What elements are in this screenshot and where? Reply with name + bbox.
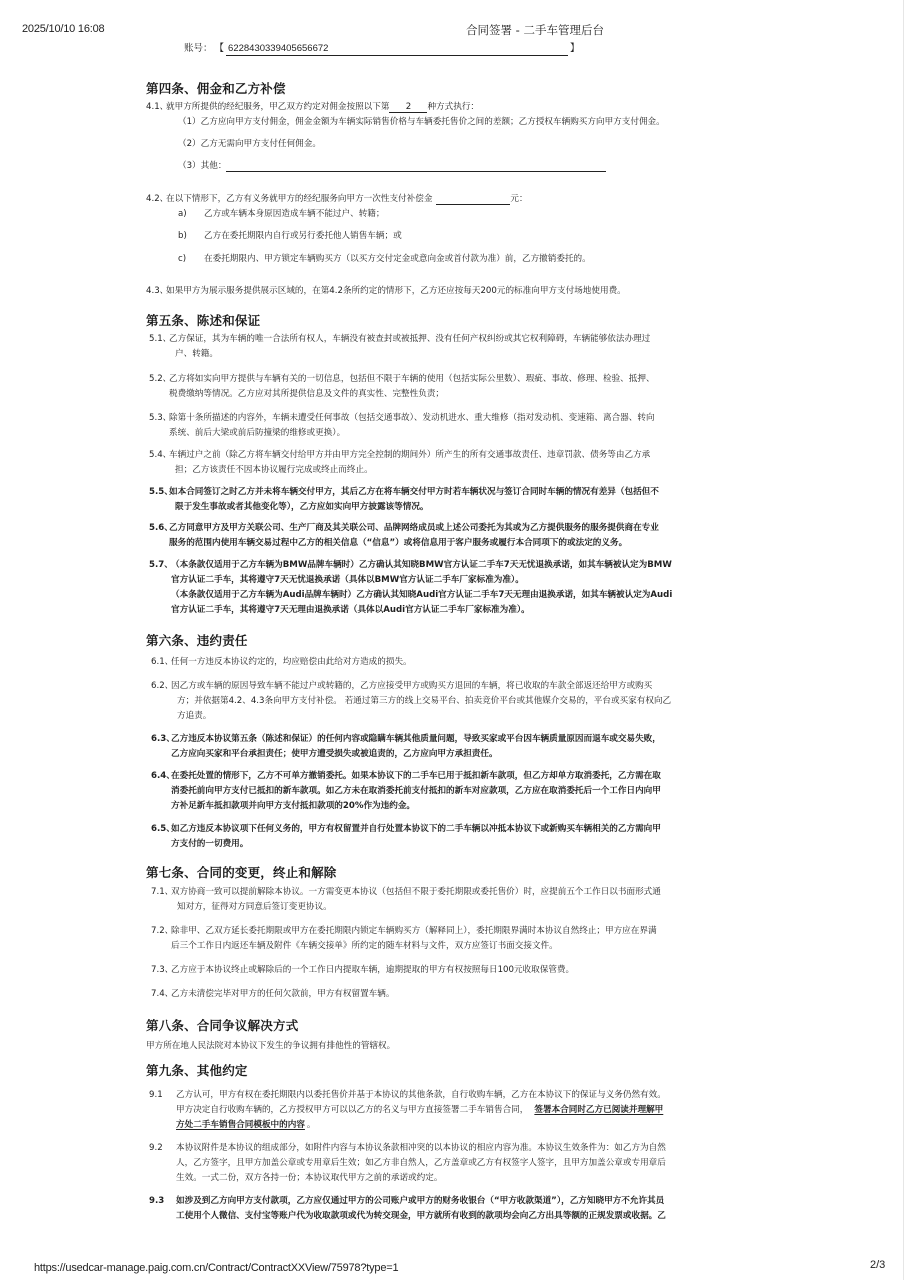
clause-7-3-num: 7.3、: [151, 965, 173, 976]
clause-5-7-line2: 官方认证二手车，其将遵守7天无忧退换承诺（具体以BMW官方认证二手车厂家标准为准…: [171, 575, 524, 586]
page-number: 2/3: [870, 1259, 885, 1271]
commission-method-field: 2: [389, 102, 427, 113]
option-3-label: （3）其他：: [178, 161, 226, 171]
clause-9-3-line2: 工使用个人微信、支付宝等账户代为收取款项或代为转交现金，甲方就所有收到的款项均会…: [176, 1211, 666, 1222]
option-3: （3）其他：: [178, 161, 606, 172]
clause-9-1-num: 9.1: [149, 1090, 163, 1101]
clause-5-7-line3: （本条款仅适用于乙方车辆为Audi品牌车辆时）乙方确认其知晓Audi官方认证二手…: [171, 590, 672, 601]
clause-4-1: 就甲方所提供的经纪服务，甲乙双方约定对佣金按照以下第2种方式执行：: [166, 102, 479, 113]
clause-7-2-line1: 除非甲、乙双方延长委托期限或甲方在委托期限内锁定车辆购买方（解释同上），委托期限…: [171, 926, 657, 937]
clause-5-2-line1: 乙方将如实向甲方提供与车辆有关的一切信息，包括但不限于车辆的使用（包括实际公里数…: [169, 374, 655, 385]
clause-5-6-line1: 乙方同意甲方及甲方关联公司、生产厂商及其关联公司、品牌网络成员或上述公司委托为其…: [169, 523, 659, 534]
clause-6-1-line1: 任何一方违反本协议约定的，均应赔偿由此给对方造成的损失。: [171, 657, 412, 668]
clause-9-1-line3: 方处二手车销售合同模板中的内容。: [176, 1120, 316, 1131]
clause-7-2-num: 7.2、: [151, 926, 173, 937]
print-footer-url: https://usedcar-manage.paig.com.cn/Contr…: [34, 1262, 398, 1274]
clause-5-2-num: 5.2、: [149, 374, 171, 385]
clause-9-1-emphasis-2: 方处二手车销售合同模板中的内容: [176, 1120, 305, 1130]
article-5-title: 第五条、陈述和保证: [146, 311, 260, 329]
clause-4-2-num: 4.2、: [146, 194, 168, 205]
clause-4-1-text: 就甲方所提供的经纪服务，甲乙双方约定对佣金按照以下第: [166, 102, 389, 112]
print-datetime: 2025/10/10 16:08: [22, 23, 104, 35]
clause-4-1-num: 4.1、: [146, 102, 168, 113]
item-c: 在委托期限内、甲方锁定车辆购买方（以买方交付定金或意向金或首付款为准）前，乙方撤…: [204, 254, 591, 265]
compensation-amount-field: [436, 194, 510, 205]
clause-5-7-line1: （本条款仅适用于乙方车辆为BMW品牌车辆时）乙方确认其知晓BMW官方认证二手车7…: [171, 560, 672, 571]
clause-7-2-line2: 后三个工作日内返还车辆及附件《车辆交接单》所约定的随车材料与文件，双方应签订书面…: [171, 941, 558, 952]
clause-6-5-line1: 如乙方违反本协议项下任何义务的，甲方有权留置并自行处置本协议下的二手车辆以冲抵本…: [171, 824, 661, 835]
option-1: （1）乙方应向甲方支付佣金，佣金金额为车辆实际销售价格与车辆委托售价之间的差额；…: [178, 117, 665, 128]
article-8-title: 第八条、合同争议解决方式: [146, 1016, 298, 1034]
clause-5-7-num: 5.7、: [149, 560, 173, 571]
clause-6-3-line2: 乙方应向买家和平台承担责任；使甲方遭受损失或被追责的，乙方应向甲方承担责任。: [171, 749, 498, 760]
item-c-label: c): [178, 254, 186, 265]
clause-5-5-line1: 如本合同签订之时乙方并未将车辆交付甲方，其后乙方在将车辆交付甲方时若车辆状况与签…: [169, 487, 659, 498]
account-open-bracket: 【: [215, 40, 225, 54]
clause-7-1-line1: 双方协商一致可以提前解除本协议。一方需变更本协议（包括但不限于委托期限或委托售价…: [171, 887, 661, 898]
clause-4-3-num: 4.3、: [146, 286, 168, 297]
clause-6-2-line3: 方追责。: [177, 711, 211, 722]
clause-9-2-line3: 生效。一式二份，双方各持一份；本协议取代甲方之前的承诺或约定。: [176, 1173, 442, 1184]
account-number: 6228430339405656672: [226, 43, 568, 56]
clause-5-3-num: 5.3、: [149, 413, 171, 424]
option-2: （2）乙方无需向甲方支付任何佣金。: [178, 139, 321, 150]
article-4-title: 第四条、佣金和乙方补偿: [146, 79, 286, 97]
clause-9-1-end: 。: [307, 1120, 316, 1130]
account-label: 账号：: [184, 40, 213, 54]
clause-5-1-num: 5.1、: [149, 334, 171, 345]
clause-9-1-emphasis-1: 签署本合同时乙方已阅读并理解甲: [534, 1105, 663, 1115]
clause-4-2-tail: 元：: [510, 194, 527, 204]
clause-9-3-num: 9.3: [149, 1196, 164, 1207]
clause-5-7-line4: 官方认证二手车，其将遵守7天无理由退换承诺（具体以Audi官方认证二手车厂家标准…: [171, 605, 530, 616]
clause-6-4-line1: 在委托处置的情形下，乙方不可单方撤销委托。如果本协议下的二手车已用于抵扣新车款项…: [171, 771, 661, 782]
clause-6-2-line1: 因乙方或车辆的原因导致车辆不能过户或转籍的，乙方应接受甲方或购买方退回的车辆，将…: [171, 681, 652, 692]
clause-6-1-num: 6.1、: [151, 657, 173, 668]
clause-9-2-num: 9.2: [149, 1143, 163, 1154]
clause-4-2: 在以下情形下，乙方有义务就甲方的经纪服务向甲方一次性支付补偿金元：: [166, 194, 528, 205]
account-line: 账号： 【 6228430339405656672 】: [184, 40, 582, 56]
clause-5-3-line1: 除第十条所描述的内容外，车辆未遭受任何事故（包括交通事故）、发动机进水、重大维修…: [169, 413, 655, 424]
item-b-label: b): [178, 231, 187, 242]
article-7-title: 第七条、合同的变更，终止和解除: [146, 863, 337, 881]
item-a-label: a): [178, 209, 187, 220]
clause-4-2-text: 在以下情形下，乙方有义务就甲方的经纪服务向甲方一次性支付补偿金: [166, 194, 432, 204]
article-6-title: 第六条、违约责任: [146, 631, 248, 649]
page-edge: [903, 0, 904, 1280]
clause-5-6-line2: 服务的范围内使用车辆交易过程中乙方的相关信息（“信息”）或将信息用于客户服务或履…: [169, 538, 627, 549]
article-9-title: 第九条、其他约定: [146, 1061, 248, 1079]
clause-5-1-line1: 乙方保证，其为车辆的唯一合法所有权人，车辆没有被查封或被抵押、没有任何产权纠纷或…: [169, 334, 650, 345]
print-page-title: 合同签署 - 二手车管理后台: [466, 22, 604, 38]
clause-5-3-line2: 系统、前后大梁或前后防撞梁的维修或更换）。: [169, 428, 345, 439]
clause-7-1-line2: 知对方，征得对方同意后签订变更协议。: [177, 902, 332, 913]
clause-5-1-line2: 户、转籍。: [175, 349, 218, 360]
clause-9-2-line1: 本协议附件是本协议的组成部分，如附件内容与本协议条款相冲突的以本协议的相应内容为…: [176, 1143, 666, 1154]
clause-4-1-tail: 种方式执行：: [427, 102, 479, 112]
clause-4-3: 如果甲方为展示服务提供展示区域的，在第4.2条所约定的情形下，乙方还应按每天20…: [166, 286, 626, 297]
clause-6-2-num: 6.2、: [151, 681, 173, 692]
account-close-bracket: 】: [570, 40, 580, 54]
clause-5-4-line1: 车辆过户之前（除乙方将车辆交付给甲方并由甲方完全控制的期间外）所产生的所有交通事…: [169, 450, 650, 461]
clause-5-4-num: 5.4、: [149, 450, 171, 461]
clause-7-4-num: 7.4、: [151, 989, 173, 1000]
clause-9-1-line2: 甲方决定自行收购车辆的，乙方授权甲方可以以乙方的名义与甲方直接签署二手车销售合同…: [176, 1105, 663, 1116]
clause-7-4-line1: 乙方未清偿完毕对甲方的任何欠款前，甲方有权留置车辆。: [171, 989, 394, 1000]
clause-5-5-line2: 限于发生事故或者其他变化等），乙方应如实向甲方披露该等情况。: [175, 502, 429, 513]
clause-7-3-line1: 乙方应于本协议终止或解除后的一个工作日内提取车辆，逾期提取的甲方有权按照每日10…: [171, 965, 574, 976]
option-3-other-field: [226, 161, 606, 172]
clause-5-2-line2: 税费缴纳等情况。乙方应对其所提供信息及文件的真实性、完整性负责；: [169, 389, 444, 400]
clause-9-1-line1: 乙方认可，甲方有权在委托期限内以委托售价并基于本协议的其他条款，自行收购车辆，乙…: [176, 1090, 666, 1101]
clause-6-4-line2: 消委托前向甲方支付已抵扣的新车款项。如乙方未在取消委托前支付抵扣的新车对应款项，…: [171, 786, 661, 797]
clause-9-3-line1: 如涉及到乙方向甲方支付款项，乙方应仅通过甲方的公司账户或甲方的财务收银台（“甲方…: [176, 1196, 664, 1207]
clause-9-1-line2-text: 甲方决定自行收购车辆的，乙方授权甲方可以以乙方的名义与甲方直接签署二手车销售合同…: [176, 1105, 528, 1115]
clause-6-5-line2: 方支付的一切费用。: [171, 839, 248, 850]
item-b: 乙方在委托期限内自行或另行委托他人销售车辆；或: [204, 231, 402, 242]
clause-6-2-line2: 方；并依据第4.2、4.3条向甲方支付补偿。 若通过第三方的线上交易平台、拍卖竞…: [177, 696, 671, 707]
clause-9-2-line2: 人，乙方签字，且甲方加盖公章或专用章后生效；如乙方非自然人，乙方盖章或乙方有权签…: [176, 1158, 666, 1169]
article-8-text: 甲方所在地人民法院对本协议下发生的争议拥有排他性的管辖权。: [146, 1041, 395, 1052]
clause-5-4-line2: 担；乙方该责任不因本协议履行完成或终止而终止。: [175, 465, 373, 476]
clause-6-3-line1: 乙方违反本协议第五条（陈述和保证）的任何内容或隐瞒车辆其他质量问题，导致买家或平…: [171, 734, 661, 745]
clause-6-4-line3: 方补足新车抵扣款项并向甲方支付抵扣款项的20%作为违约金。: [171, 801, 415, 812]
clause-7-1-num: 7.1、: [151, 887, 173, 898]
item-a: 乙方或车辆本身原因造成车辆不能过户、转籍；: [204, 209, 384, 220]
